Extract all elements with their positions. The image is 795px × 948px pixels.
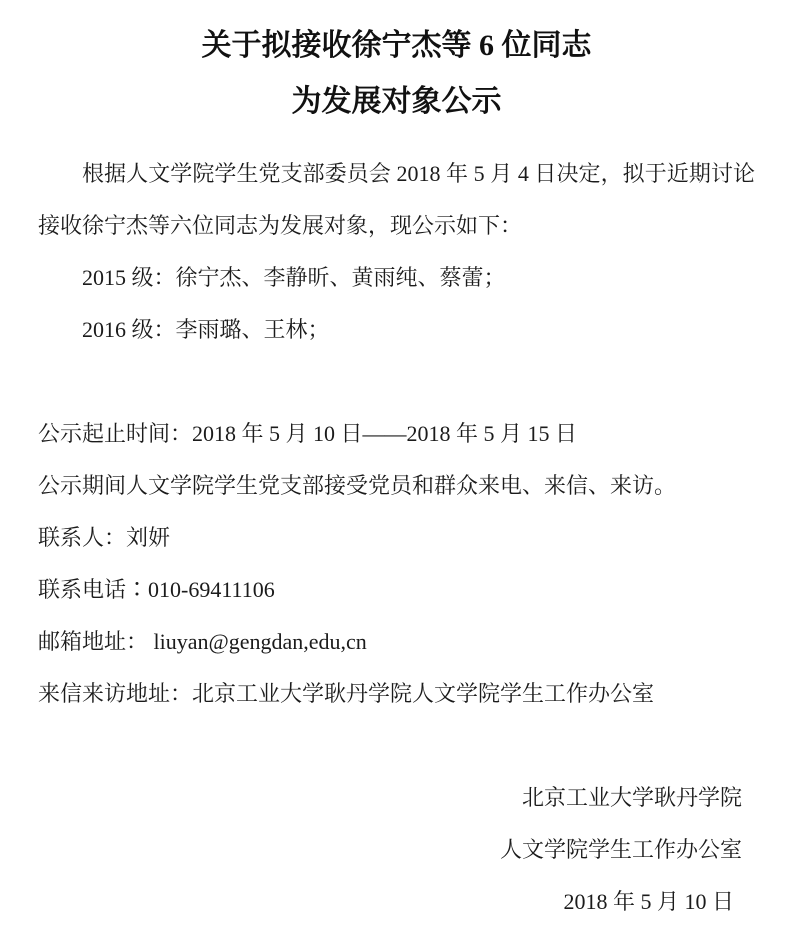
document-title: 关于拟接收徐宁杰等 6 位同志 为发展对象公示 bbox=[38, 18, 755, 130]
grade-2016-line: 2016 级：李雨璐、王林； bbox=[38, 304, 755, 356]
signature-date-line: 2018 年 5 月 10 日 bbox=[38, 876, 742, 928]
signature-block: 北京工业大学耿丹学院 人文学院学生工作办公室 2018 年 5 月 10 日 bbox=[38, 772, 755, 928]
grade-2015-line: 2015 级：徐宁杰、李静昕、黄雨纯、蔡蕾； bbox=[38, 252, 755, 304]
publicity-period-line: 公示起止时间：2018 年 5 月 10 日——2018 年 5 月 15 日 bbox=[38, 408, 755, 460]
spacer bbox=[38, 356, 755, 408]
signature-org-line-2: 人文学院学生工作办公室 bbox=[38, 824, 742, 876]
intro-paragraph: 根据人文学院学生党支部委员会 2018 年 5 月 4 日决定，拟于近期讨论接收… bbox=[38, 148, 755, 252]
title-line-1: 关于拟接收徐宁杰等 6 位同志 bbox=[38, 18, 755, 74]
title-line-2: 为发展对象公示 bbox=[38, 74, 755, 130]
spacer bbox=[38, 720, 755, 772]
contact-person-line: 联系人：刘妍 bbox=[38, 512, 755, 564]
signature-org-line-1: 北京工业大学耿丹学院 bbox=[38, 772, 742, 824]
contact-phone-line: 联系电话∶010-69411106 bbox=[38, 564, 755, 616]
document-page: 关于拟接收徐宁杰等 6 位同志 为发展对象公示 根据人文学院学生党支部委员会 2… bbox=[0, 0, 795, 948]
visit-address-line: 来信来访地址：北京工业大学耿丹学院人文学院学生工作办公室 bbox=[38, 668, 755, 720]
email-address-line: 邮箱地址： liuyan@gengdan,edu,cn bbox=[38, 616, 755, 668]
publicity-note-line: 公示期间人文学院学生党支部接受党员和群众来电、来信、来访。 bbox=[38, 460, 755, 512]
